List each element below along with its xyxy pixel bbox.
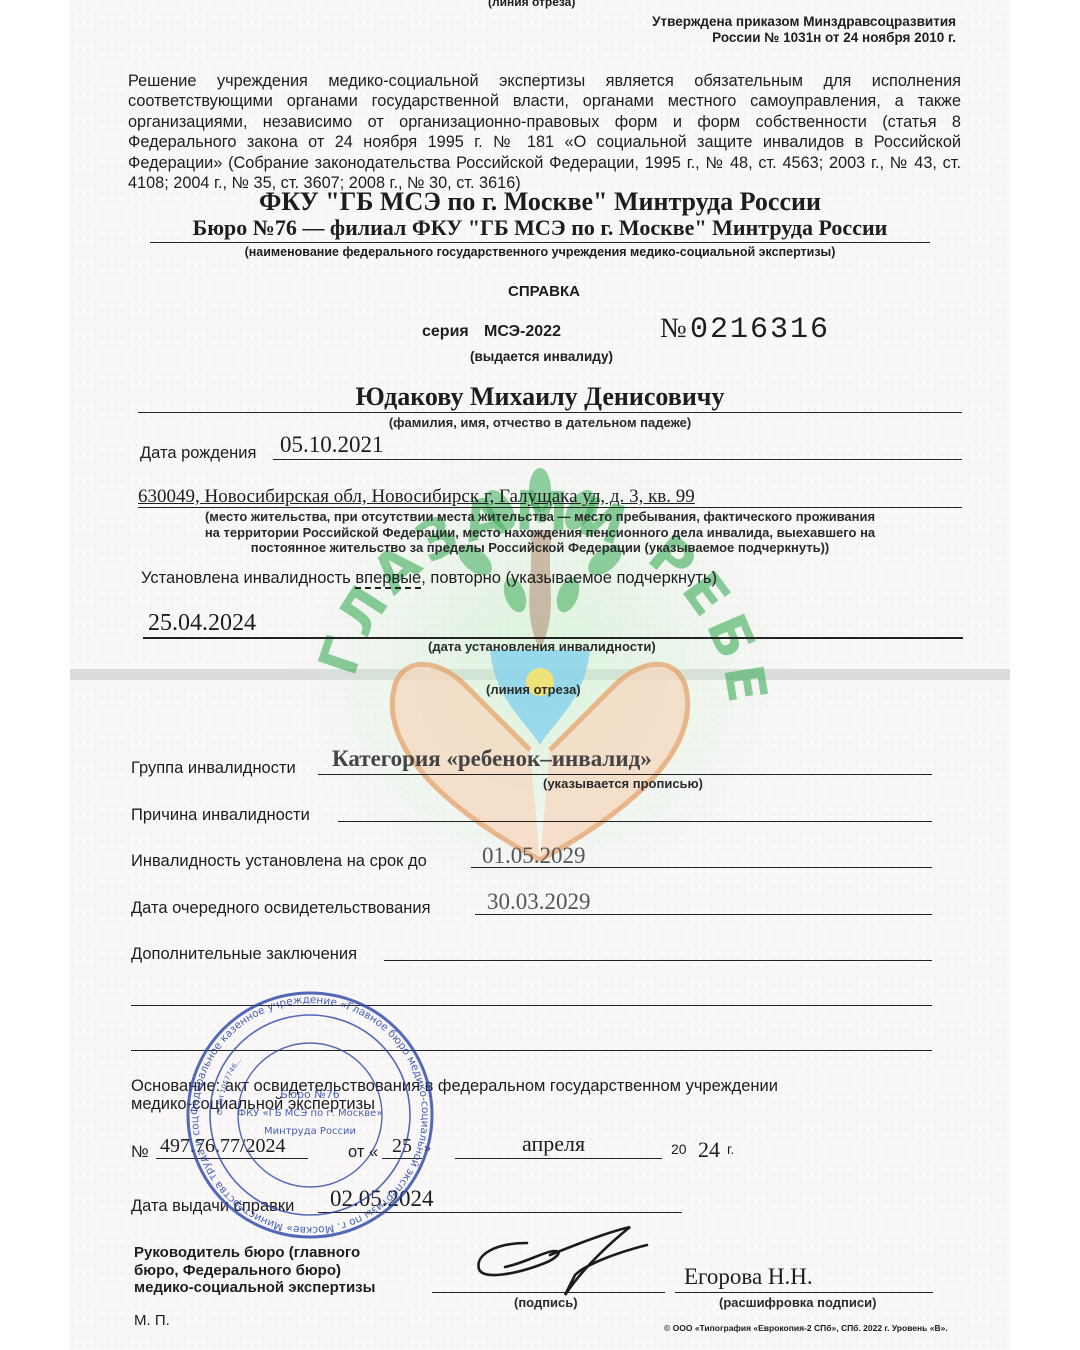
name-underline xyxy=(138,412,962,413)
established-date-value: 25.04.2024 xyxy=(148,610,256,637)
signer-role-line-1: Руководитель бюро (главного xyxy=(134,1244,375,1262)
series-label: серия xyxy=(422,323,469,341)
organization-name: ФКУ "ГБ МСЭ по г. Москве" Минтруда Росси… xyxy=(0,187,1080,217)
group-value: Категория «ребенок–инвалид» xyxy=(332,746,652,772)
extra-label: Дополнительные заключения xyxy=(131,945,357,964)
group-label: Группа инвалидности xyxy=(131,759,296,778)
next-exam-label: Дата очередного освидетельствования xyxy=(131,899,431,918)
official-seal-icon: Федеральное казенное учреждение «Главное… xyxy=(180,990,440,1240)
signer-role-line-2: бюро, Федерального бюро) xyxy=(134,1262,375,1280)
reason-underline xyxy=(338,821,932,822)
svg-text:Бюро №76: Бюро №76 xyxy=(280,1088,339,1101)
act-year-unit: г. xyxy=(727,1141,734,1157)
birth-date-underline xyxy=(273,459,962,460)
number-sign: № xyxy=(660,313,687,345)
approval-line-1: Утверждена приказом Минздравсоцразвития xyxy=(652,14,956,30)
top-cut-line-label: (линия отреза) xyxy=(488,0,575,9)
address-caption-line-3: постоянное жительство за пределы Российс… xyxy=(0,540,1080,556)
term-underline xyxy=(471,867,932,868)
organization-branch: Бюро №76 — филиал ФКУ "ГБ МСЭ по г. Моск… xyxy=(0,215,1080,241)
address-caption: (место жительства, при отсутствии места … xyxy=(0,509,1080,556)
option-first-time: впервые xyxy=(355,569,421,589)
seal-place-label: М. П. xyxy=(134,1312,170,1329)
svg-text:ФКУ «ГБ МСЭ по г. Москве»: ФКУ «ГБ МСЭ по г. Москве» xyxy=(238,1108,383,1119)
approval-note: Утверждена приказом Минздравсоцразвития … xyxy=(652,14,956,46)
act-year-suffix: 24 xyxy=(698,1137,720,1163)
reason-label: Причина инвалидности xyxy=(131,806,310,825)
signer-name-underline xyxy=(675,1292,933,1293)
certificate-title: СПРАВКА xyxy=(508,283,580,300)
signer-name-caption: (расшифровка подписи) xyxy=(719,1295,876,1310)
issued-to-note: (выдается инвалиду) xyxy=(470,349,613,364)
established-line: Установлена инвалидность впервые, повтор… xyxy=(141,569,717,588)
term-value: 01.05.2029 xyxy=(482,843,586,869)
term-label: Инвалидность установлена на срок до xyxy=(131,852,427,871)
established-prefix: Установлена инвалидность xyxy=(141,569,351,587)
group-caption: (указывается прописью) xyxy=(543,776,703,791)
address-caption-line-1: (место жительства, при отсутствии места … xyxy=(0,509,1080,525)
svg-text:Минтруда России: Минтруда России xyxy=(264,1126,356,1137)
birth-date-value: 05.10.2021 xyxy=(280,432,384,458)
signer-role-line-3: медико-социальной экспертизы xyxy=(134,1279,375,1297)
act-month-value: апреля xyxy=(522,1131,585,1157)
address-underline xyxy=(138,507,962,508)
act-year-prefix: 20 xyxy=(671,1141,687,1157)
signature-caption: (подпись) xyxy=(514,1295,578,1310)
handwritten-signature-icon xyxy=(465,1225,665,1300)
option-repeat: , повторно (указываемое подчеркнуть) xyxy=(421,569,717,587)
certificate-number: 0216316 xyxy=(690,313,830,347)
act-month-underline xyxy=(455,1158,662,1159)
extra-underline-1 xyxy=(384,960,932,961)
approval-line-2: России № 1031н от 24 ноября 2010 г. xyxy=(652,30,956,46)
organization-caption: (наименование федерального государственн… xyxy=(0,245,1080,259)
act-number-label: № xyxy=(131,1143,149,1162)
series-value: МСЭ-2022 xyxy=(484,323,561,341)
signature-underline xyxy=(432,1292,665,1293)
established-date-caption: (дата установления инвалидности) xyxy=(428,639,656,654)
legal-notice: Решение учреждения медико-социальной экс… xyxy=(128,71,961,193)
printer-copyright: © ООО «Типография «Еврокопия-2 СПб», СПб… xyxy=(664,1323,948,1333)
next-exam-underline xyxy=(475,914,932,915)
signer-role: Руководитель бюро (главного бюро, Федера… xyxy=(134,1244,375,1297)
address-value: 630049, Новосибирская обл, Новосибирск г… xyxy=(138,486,695,508)
middle-cut-line-label: (линия отреза) xyxy=(486,682,581,697)
org-underline xyxy=(150,242,930,243)
person-full-name: Юдакову Михаилу Денисовичу xyxy=(0,382,1080,412)
signer-name: Егорова Н.Н. xyxy=(684,1264,813,1290)
birth-date-label: Дата рождения xyxy=(140,444,256,463)
next-exam-value: 30.03.2029 xyxy=(487,889,591,915)
group-underline xyxy=(318,774,932,775)
address-caption-line-2: на территории Российской Федерации, мест… xyxy=(0,525,1080,541)
name-caption: (фамилия, имя, отчество в дательном паде… xyxy=(0,415,1080,430)
